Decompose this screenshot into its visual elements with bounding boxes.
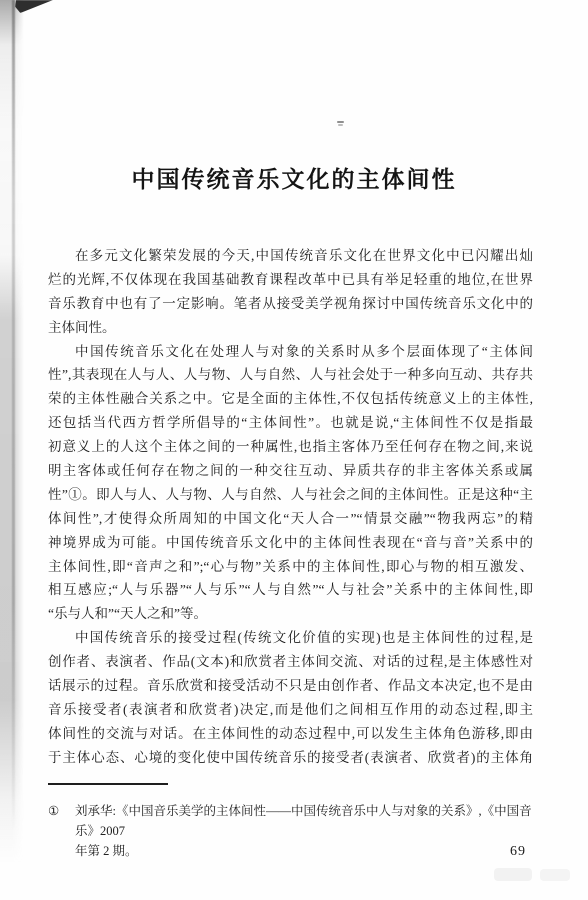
body-text-line: 体间性的交流与对话。在主体间性的动态过程中,可以发生主体角色游移,即由 bbox=[48, 722, 533, 746]
body-text-line: 音乐教育中也有了一定影响。笔者从接受美学视角探讨中国传统音乐文化中的 bbox=[48, 292, 533, 316]
body-text-line: 主体间性。 bbox=[48, 316, 533, 340]
body-text-line: “乐与人和”“天人之和”等。 bbox=[48, 602, 533, 626]
footnote-marker: ① bbox=[48, 801, 74, 821]
footnote-divider bbox=[48, 783, 168, 785]
body-text-line: 还包括当代西方哲学所倡导的“主体间性”。也就是说,“主体间性不仅是指最 bbox=[48, 411, 533, 435]
scanned-page: 中国传统音乐文化的主体间性 在多元文化繁荣发展的今天,中国传统音乐文化在世界文化… bbox=[0, 0, 588, 900]
body-text-line: 创作者、表演者、作品(文本)和欣赏者主体间交流、对话的过程,是主体感性对 bbox=[48, 650, 533, 674]
body-text-line: 在多元文化繁荣发展的今天,中国传统音乐文化在世界文化中已闪耀出灿 bbox=[48, 244, 533, 268]
scan-smudge bbox=[540, 869, 570, 881]
article-title: 中国传统音乐文化的主体间性 bbox=[0, 161, 588, 194]
body-text-line: 初意义上的人这个主体之间的一种属性,也指主客体乃至任何存在物之间,来说 bbox=[48, 435, 533, 459]
scan-smudge bbox=[494, 868, 532, 881]
article-body: 在多元文化繁荣发展的今天,中国传统音乐文化在世界文化中已闪耀出灿烂的光辉,不仅体… bbox=[48, 244, 533, 770]
footnote-text-line: 年第 2 期。 bbox=[75, 841, 532, 861]
page-number: 69 bbox=[510, 844, 526, 860]
footnote: ① 刘承华:《中国音乐美学的主体间性——中国传统音乐中人与对象的关系》,《中国音… bbox=[48, 801, 532, 861]
scan-speck bbox=[337, 121, 344, 123]
body-text-line: 体间性”,才使得众所周知的中国文化“天人合一”“情景交融”“物我两忘”的精 bbox=[48, 507, 533, 531]
footnote-text: 刘承华:《中国音乐美学的主体间性——中国传统音乐中人与对象的关系》,《中国音乐》… bbox=[75, 801, 532, 861]
body-text-line: 性”①。即人与人、人与物、人与自然、人与社会之间的主体间性。正是这种“主 bbox=[48, 483, 533, 507]
scan-corner-mark bbox=[15, 0, 53, 13]
body-text-line: 中国传统音乐的接受过程(传统文化价值的实现)也是主体间性的过程,是 bbox=[48, 626, 533, 650]
body-text-line: 相互感应;“人与乐器”“人与乐”“人与自然”“人与社会”关系中的主体间性,即 bbox=[48, 578, 533, 602]
body-text-line: 音乐接受者(表演者和欣赏者)决定,而是他们之间相互作用的动态过程,即主 bbox=[48, 698, 533, 722]
body-text-line: 话展示的过程。音乐欣赏和接受活动不只是由创作者、作品文本决定,也不是由 bbox=[48, 674, 533, 698]
body-text-line: 荣的主体性融合关系之中。它是全面的主体性,不仅包括传统意义上的主体性, bbox=[48, 387, 533, 411]
body-text-line: 于主体心态、心境的变化使中国传统音乐的接受者(表演者、欣赏者)的主体角 bbox=[48, 746, 533, 770]
scan-speck bbox=[338, 124, 343, 126]
body-text-line: 主体间性,即“音声之和”;“心与物”关系中的主体间性,即心与物的相互激发、 bbox=[48, 555, 533, 579]
body-text-line: 明主客体或任何存在物之间的一种交往互动、异质共存的非主客体关系或属 bbox=[48, 459, 533, 483]
body-text-line: 烂的光辉,不仅体现在我国基础教育课程改革中已具有举足轻重的地位,在世界 bbox=[48, 268, 533, 292]
scan-left-edge-line bbox=[12, 0, 15, 830]
body-text-line: 神境界成为可能。中国传统音乐文化中的主体间性表现在“音与音”关系中的 bbox=[48, 531, 533, 555]
body-text-line: 中国传统音乐文化在处理人与对象的关系时从多个层面体现了“主体间 bbox=[48, 340, 533, 364]
footnote-text-line: 刘承华:《中国音乐美学的主体间性——中国传统音乐中人与对象的关系》,《中国音乐》… bbox=[75, 801, 532, 841]
body-text-line: 性”,其表现在人与人、人与物、人与自然、人与社会处于一种多向互动、共存共 bbox=[48, 363, 533, 387]
